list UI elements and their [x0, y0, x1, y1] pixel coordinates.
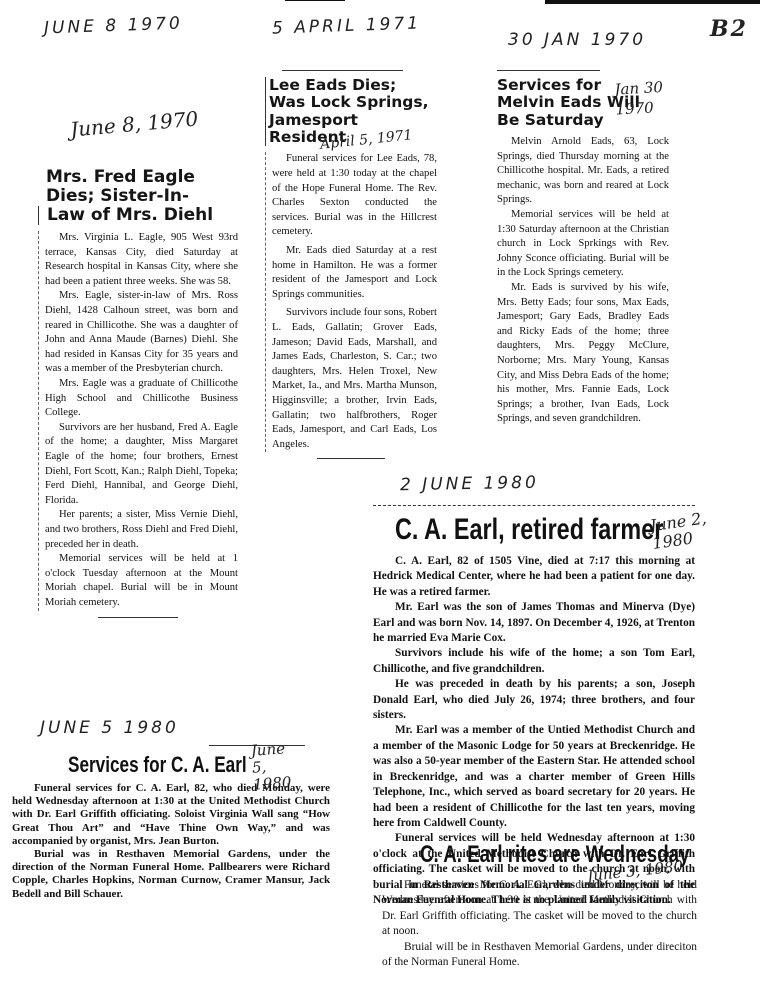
handwritten-date-top-left: JUNE 8 1970: [44, 14, 183, 39]
clipping-earl-services: Services for C. A. Earl June 5, 1980 Fun…: [12, 745, 330, 901]
paragraph: Funeral services for C. A. Earl, 82, who…: [12, 782, 330, 848]
headline-line: Lee Eads Dies;: [269, 77, 437, 94]
earl-services-body: Funeral services for C. A. Earl, 82, who…: [12, 782, 330, 901]
melvin-eads-body: Melvin Arnold Eads, 63, Lock Springs, di…: [497, 135, 669, 427]
paragraph: Funeral services for Lee Eads, 78, were …: [272, 152, 437, 240]
end-rule: [98, 617, 178, 618]
clipping-lee-eads: Lee Eads Dies; Was Lock Springs, Jamespo…: [265, 70, 437, 459]
end-rule: [317, 458, 386, 459]
paragraph: Mr. Eads is survived by his wife, Mrs. B…: [497, 281, 669, 427]
paragraph: Mrs. Eagle, sister-in-law of Mrs. Ross D…: [45, 289, 238, 377]
scan-edge-mark: [285, 0, 345, 1]
top-rule: [282, 70, 402, 71]
paragraph: Mrs. Virginia L. Eagle, 905 West 93rd te…: [45, 231, 238, 289]
headline-line: Law of Mrs. Diehl: [38, 206, 238, 225]
eagle-annotation: June 8, 1970: [69, 106, 199, 141]
earl-services-headline: Services for C. A. Earl: [68, 752, 272, 778]
earl-farmer-headline: C. A. Earl, retired farmer: [395, 512, 629, 548]
top-rule: [373, 505, 695, 506]
paragraph: He was preceded in death by his parents;…: [373, 677, 695, 723]
earl-services-annotation: June 5, 1980: [250, 739, 303, 793]
paragraph: Memorial services will be held at 1 o'cl…: [45, 552, 238, 610]
paragraph: Survivors include his wife of the home; …: [373, 646, 695, 677]
paragraph: Survivors are her husband, Fred A. Eagle…: [45, 421, 238, 509]
scan-edge-mark: [545, 0, 760, 4]
eagle-headline: Mrs. Fred Eagle Dies; Sister-In- Law of …: [46, 168, 238, 225]
paragraph: Mrs. Eagle was a graduate of Chillicothe…: [45, 377, 238, 421]
page-mark: B2: [710, 16, 748, 42]
paragraph: Bruial will be in Resthaven Memorial Gar…: [382, 940, 697, 971]
melvin-eads-annotation: Jan 30 1970: [614, 76, 676, 119]
eagle-body: Mrs. Virginia L. Eagle, 905 West 93rd te…: [38, 231, 238, 610]
handwritten-date-top-middle: 5 APRIL 1971: [272, 13, 422, 38]
paragraph: C. A. Earl, 82 of 1505 Vine, died at 7:1…: [373, 554, 695, 600]
paragraph: Survivors include four sons, Robert L. E…: [272, 306, 437, 452]
headline-line: Was Lock Springs,: [269, 94, 437, 111]
paragraph: Melvin Arnold Eads, 63, Lock Springs, di…: [497, 135, 669, 208]
clipping-eagle: Mrs. Fred Eagle Dies; Sister-In- Law of …: [38, 168, 238, 618]
handwritten-date-mid-right: 2 JUNE 1980: [400, 473, 539, 495]
handwritten-date-bottom-left: JUNE 5 1980: [40, 718, 179, 738]
paragraph: Mr. Earl was a member of the Untied Meth…: [373, 723, 695, 831]
clipping-melvin-eads: Services for Melvin Eads Will Be Saturda…: [497, 70, 669, 427]
paragraph: Funeral services for C. A. Earl, who die…: [382, 878, 697, 940]
handwritten-date-top-right: 30 JAN 1970: [508, 30, 646, 50]
paragraph: Mr. Eads died Saturday at a rest home in…: [272, 244, 437, 302]
paragraph: Memorial services will be held at 1:30 S…: [497, 208, 669, 281]
lee-eads-body: Funeral services for Lee Eads, 78, were …: [265, 152, 437, 452]
paragraph: Her parents; a sister, Miss Vernie Diehl…: [45, 508, 238, 552]
earl-farmer-annotation: June 2, 1980: [649, 509, 713, 553]
top-rule: [497, 70, 600, 71]
headline-line: Mrs. Fred Eagle: [46, 168, 238, 187]
headline-line: Dies; Sister-In-: [46, 187, 238, 206]
paragraph: Burial was in Resthaven Memorial Gardens…: [12, 848, 330, 901]
earl-rites-body: Funeral services for C. A. Earl, who die…: [382, 878, 697, 970]
clipping-earl-rites: C. A. Earl rites are Wednesday June 3, 1…: [382, 840, 697, 970]
paragraph: Mr. Earl was the son of James Thomas and…: [373, 600, 695, 646]
